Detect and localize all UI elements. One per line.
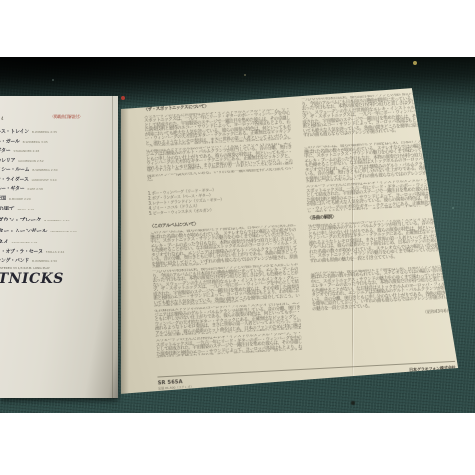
track-row: サニー・ガールB.WINBERG 3:05 bbox=[0, 138, 97, 144]
track-credit: STARANDER 2:26 bbox=[12, 241, 38, 243]
catalog-block: SR 565A 定価 ¥1,500（ステレオ） bbox=[158, 379, 194, 391]
track-title: 口笛天国 bbox=[0, 195, 6, 201]
track-row: 霧のカレリアJACOBSSON 2:52 bbox=[0, 157, 97, 163]
track-credit: LUNDQVIST 3:10 bbox=[32, 178, 57, 182]
track-row: スペース・トレインB.WINBERG 2:35 bbox=[0, 128, 97, 134]
members-list: 1. ボー・ウィンバーグ（リード・ギター） 2. ボブ・ランダース（ベース・ギタ… bbox=[148, 183, 295, 216]
track-credit: B.WINBERG 2:35 bbox=[32, 130, 57, 134]
track-group-3: ゲイト・オブ・ラ・セーヌF.MILLS 2:44 ダンシング・バンドB.WINB… bbox=[0, 248, 97, 263]
track-row: サンダウン・ブレークB.WINBERG 2:40 bbox=[0, 215, 97, 221]
track-row: スペイシー・ルームB.WINBERG 2:30 bbox=[0, 166, 97, 172]
red-note-label: 〈掲載曲目解説付〉 bbox=[50, 114, 102, 120]
notes-column-1: 〈ザ・スポットニックスについて〉 スウェーデンの生んだ世界的なエレキ・インストゥ… bbox=[143, 99, 303, 372]
paragraph: このアルバムには、彼らの最新のヒット曲をはじめ、日本のファンのために特に選ばれた… bbox=[150, 224, 298, 268]
paragraph: スウェーデンの生んだ世界的なエレキ・インストゥルメンタル・グループ、ザ・スポット… bbox=[306, 178, 453, 213]
track-list: スペース・トレインB.WINBERG 2:35 サニー・ガールB.WINBERG… bbox=[0, 128, 97, 287]
track-title: ローネイ bbox=[0, 237, 9, 243]
track-credit: B.WINBERG 2:40 bbox=[44, 219, 69, 221]
track-credit: ANDERSSON 3:02 bbox=[50, 230, 77, 232]
track-group-1: スペース・トレインB.WINBERG 2:35 サニー・ガールB.WINBERG… bbox=[0, 128, 97, 200]
paragraph: スウェーデンの生んだ世界的なエレキ・インストゥルメンタル・グループ、ザ・スポット… bbox=[156, 332, 303, 358]
track-credit: F.MILLS 2:44 bbox=[46, 250, 65, 254]
track-credit: B.WINBERG 3:05 bbox=[23, 140, 48, 144]
track-title: スペース・トレイン bbox=[0, 128, 29, 134]
spotnicks-logo: OTNICKS bbox=[0, 271, 97, 287]
price-note: 定価 ¥1,500（ステレオ） bbox=[158, 385, 194, 391]
track-title: サンダウン・ブレーク bbox=[0, 215, 41, 221]
track-credit: STARANDER 2:48 bbox=[13, 149, 39, 153]
photo-area: 4 〈掲載曲目解説付〉 スペース・トレインB.WINBERG 2:35 サニー・… bbox=[0, 57, 475, 416]
track-title: 涙のギター bbox=[0, 147, 10, 153]
stereo-note: STEREO 33 1/3 R.P.M. LONG PLAY bbox=[0, 266, 97, 270]
track-group-2: 荒野の果てTRAD. 3:15 サンダウン・ブレークB.WINBERG 2:40… bbox=[0, 204, 97, 243]
paragraph: このアルバムには、彼らの最新のヒット曲をはじめ、日本のファンのために特に選ばれた… bbox=[304, 139, 452, 183]
track-title: サニー・ガール bbox=[0, 138, 20, 144]
track-credit: TRAD. 3:15 bbox=[18, 208, 35, 210]
track-row: ミスター・ムーンガールANDERSSON 3:02 bbox=[0, 226, 97, 232]
paragraph: なお録音はストックホルムのヨーロッパ・フィルム・スタジオで行なわれ、エンジニアは… bbox=[154, 302, 301, 337]
liner-notes-content: 〈ザ・スポットニックスについて〉 スウェーデンの生んだ世界的なエレキ・インストゥ… bbox=[121, 83, 475, 400]
liner-notes-insert: 〈ザ・スポットニックスについて〉 スウェーデンの生んだ世界的なエレキ・インストゥ… bbox=[115, 85, 463, 397]
track-credit: B.WINBERG 2:30 bbox=[32, 168, 57, 172]
track-title: 荒野の果て bbox=[0, 204, 15, 210]
track-row: ローネイSTARANDER 2:26 bbox=[0, 237, 97, 243]
paragraph: 一九六六年の初来日以来、彼らは日本のファンとの強い結びつきを大切にしており、今回… bbox=[152, 263, 300, 307]
track-title: 霧のカレリア bbox=[0, 157, 15, 163]
paragraph: スウェーデンの生んだ世界的なエレキ・インストゥルメンタル・グループ、ザ・スポット… bbox=[144, 108, 291, 147]
track-row: 荒野の果てTRAD. 3:15 bbox=[0, 204, 97, 210]
track-credit: R.MOORE 2:20 bbox=[9, 197, 31, 201]
dust-specks bbox=[0, 57, 2, 59]
notes-column-2: 一九六六年の初来日以来、彼らは日本のファンとの強い結びつきを大切にしており、今回… bbox=[301, 91, 461, 364]
track-title: ダンシング・バンド bbox=[0, 257, 29, 263]
track-credit: JACOBSSON 2:52 bbox=[18, 159, 43, 163]
track-row: ダンシング・バンドB.WINBERG 2:50 bbox=[0, 257, 97, 263]
track-title: スペイシー・ルーム bbox=[0, 166, 29, 172]
publisher-block: 日本グラモフォン株式会社 MADE IN JAPAN bbox=[409, 365, 456, 377]
track-row: ムーン・ライダースLUNDQVIST 3:10 bbox=[0, 176, 97, 182]
track-row: ジョニー・ギターP.LEE 2:58 bbox=[0, 185, 97, 191]
track-title: ゲイト・オブ・ラ・セーヌ bbox=[0, 248, 43, 254]
track-title: ミスター・ムーンガール bbox=[0, 226, 47, 232]
paragraph: このアルバムには、彼らの最新のヒット曲をはじめ、日本のファンのために特に選ばれた… bbox=[310, 264, 458, 312]
track-title: ムーン・ライダース bbox=[0, 176, 29, 182]
photo-of-lp-gatefold: 4 〈掲載曲目解説付〉 スペース・トレインB.WINBERG 2:35 サニー・… bbox=[0, 0, 475, 475]
track-credit: B.WINBERG 2:50 bbox=[32, 259, 57, 263]
track-title: ジョニー・ギター bbox=[0, 185, 24, 191]
track-row: ゲイト・オブ・ラ・セーヌF.MILLS 2:44 bbox=[0, 248, 97, 254]
track-row: 口笛天国R.MOORE 2:20 bbox=[0, 195, 97, 201]
white-matte-bottom bbox=[0, 413, 475, 475]
left-sleeve-back-cover: 4 〈掲載曲目解説付〉 スペース・トレインB.WINBERG 2:35 サニー・… bbox=[0, 96, 118, 398]
track-credit: P.LEE 2:58 bbox=[27, 187, 42, 191]
white-matte-top bbox=[0, 0, 475, 57]
paragraph: なお録音はストックホルムのヨーロッパ・フィルム・スタジオで行なわれ、エンジニアは… bbox=[308, 216, 456, 269]
notes-columns: 〈ザ・スポットニックスについて〉 スウェーデンの生んだ世界的なエレキ・インストゥ… bbox=[143, 91, 461, 373]
made-in-japan-label: MADE IN JAPAN bbox=[409, 371, 456, 377]
company-name: 日本グラモフォン株式会社 bbox=[409, 365, 456, 373]
corner-mark: 4 bbox=[1, 116, 4, 121]
track-row: 涙のギターSTARANDER 2:48 bbox=[0, 147, 97, 153]
